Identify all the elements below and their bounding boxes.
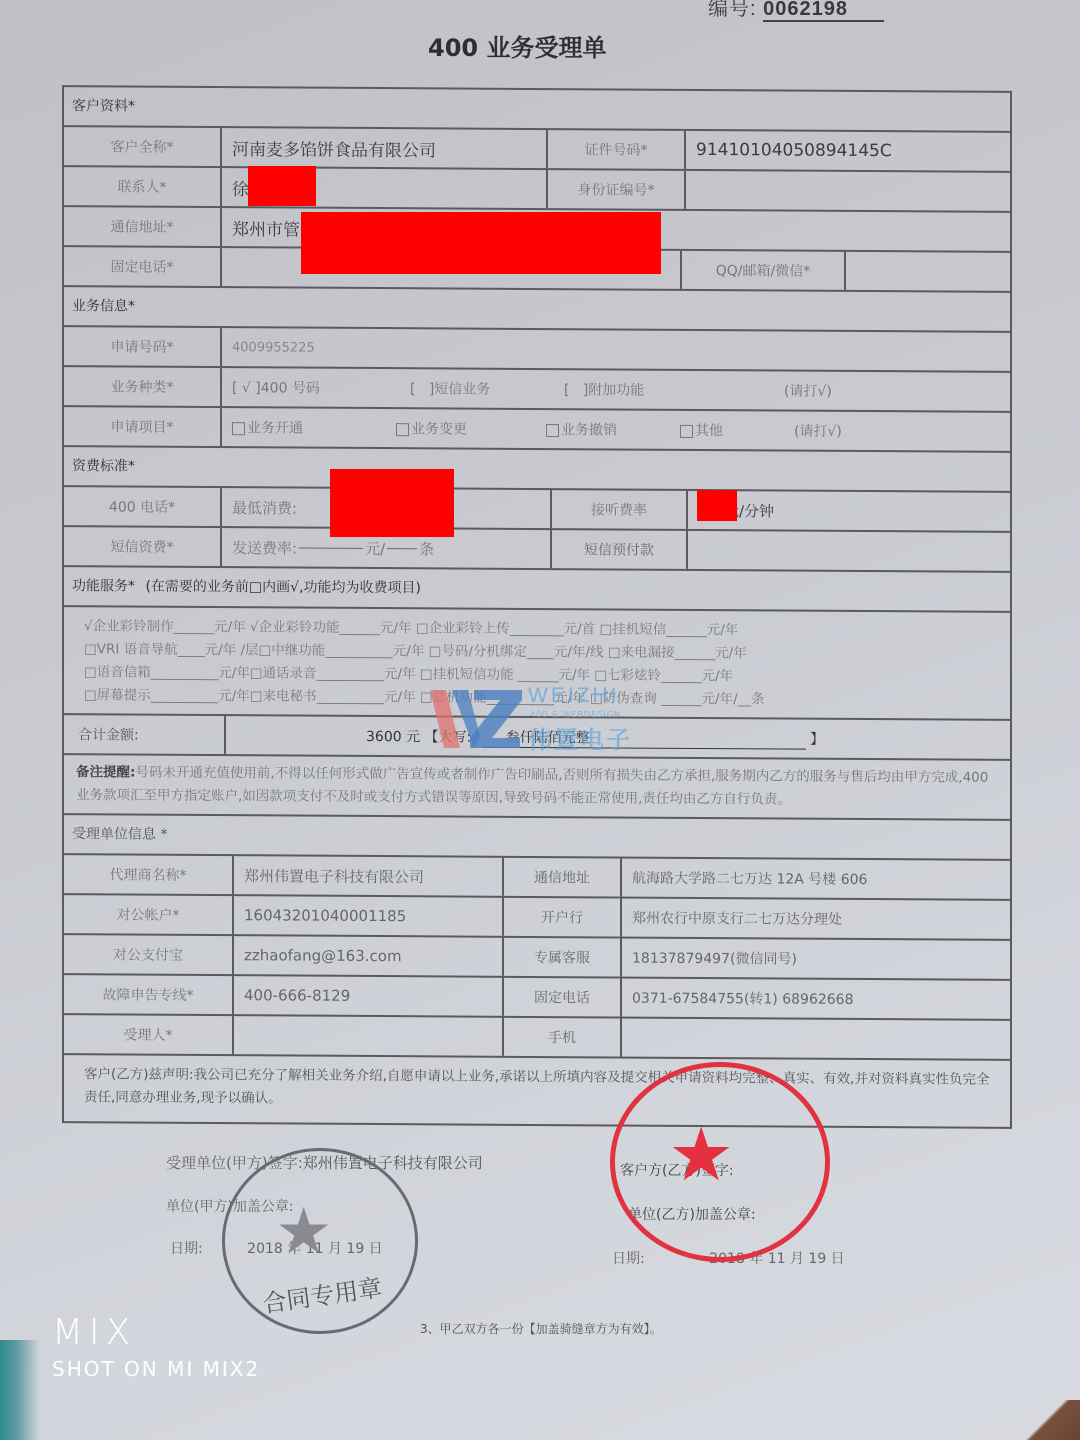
- agent-value[interactable]: [234, 1016, 504, 1056]
- background-edge: [1020, 1400, 1080, 1440]
- field-label: 固定电话: [504, 978, 622, 1017]
- checkbox-addon[interactable]: [ ]附加功能: [564, 379, 784, 400]
- apply-item-options: 业务开通 业务变更 业务撤销 其他 (请打√): [222, 408, 1010, 451]
- table-row: 申请项目* 业务开通 业务变更 业务撤销 其他 (请打√): [64, 407, 1010, 453]
- agent-value[interactable]: zzhaofang@163.com: [234, 936, 504, 976]
- checkbox-icon: [232, 422, 245, 435]
- field-label: 开户行: [504, 898, 622, 937]
- checkbox-icon: [396, 423, 409, 436]
- checkbox-400-number[interactable]: [ √ ]400 号码: [232, 377, 410, 398]
- serial-value: 0062198: [763, 0, 884, 22]
- table-row: 短信资费* 发送费率: 元/ 条 短信预付款: [64, 527, 1010, 573]
- checkbox-cancel[interactable]: 业务撤销: [546, 419, 680, 440]
- agent-value[interactable]: 航海路大学路二七万达 12A 号楼 606: [622, 859, 1010, 899]
- weizhi-logo-icon: [430, 686, 522, 752]
- cert-number-field[interactable]: 91410104050894145C: [686, 131, 1010, 171]
- check-icon: √: [242, 380, 251, 396]
- business-type-options: [ √ ]400 号码 [ ]短信业务 [ ]附加功能 (请打√): [222, 368, 1010, 411]
- table-row: 受理人*手机: [64, 1015, 1010, 1061]
- serial-number: 编号: 0062198: [708, 0, 884, 21]
- field-label: 代理商名称*: [64, 855, 234, 894]
- redaction-box: [301, 212, 661, 274]
- checkbox-icon: [680, 424, 693, 437]
- table-row: 申请号码* 4009955225: [64, 327, 1010, 373]
- field-label: 固定电话*: [64, 247, 222, 286]
- section-customer: 客户资料*: [64, 87, 1010, 133]
- field-label: 专属客服: [504, 938, 622, 977]
- field-label: 申请号码*: [64, 327, 222, 366]
- checkbox-change[interactable]: 业务变更: [396, 418, 546, 439]
- field-label: 通信地址*: [64, 207, 222, 246]
- agent-value[interactable]: 400-666-8129: [234, 976, 504, 1016]
- table-row: 联系人* 徐 身份证编号*: [64, 167, 1010, 213]
- note-text: 号码未开通充值使用前,不得以任何形式做广告宣传或者制作广告印刷品,否则所有损失由…: [76, 765, 988, 808]
- field-label: 故障申告专线*: [64, 975, 234, 1014]
- section-functions: 功能服务* (在需要的业务前□内画√,功能均为收费项目): [64, 567, 1010, 613]
- star-icon: ★: [275, 1200, 332, 1264]
- im-field[interactable]: [846, 252, 1010, 291]
- field-label: 证件号码*: [548, 130, 686, 169]
- agent-value[interactable]: 16043201040001185: [234, 896, 504, 936]
- field-label: 短信资费*: [64, 527, 222, 566]
- apply-number-field[interactable]: 4009955225: [222, 328, 1010, 371]
- section-business: 业务信息*: [64, 287, 1010, 333]
- sms-prepaid-field[interactable]: [688, 531, 1010, 571]
- agent-value[interactable]: [622, 1019, 1010, 1059]
- field-label: 受理人*: [64, 1015, 234, 1054]
- field-label: 客户全称*: [64, 127, 222, 166]
- redaction-box: [330, 469, 454, 537]
- field-label: 申请项目*: [64, 407, 222, 446]
- total-label: 合计金额:: [64, 715, 226, 754]
- redaction-box: [697, 490, 737, 521]
- note-label: 备注提醒:: [76, 764, 135, 780]
- field-label: 业务种类*: [64, 367, 222, 406]
- field-label: 身份证编号*: [548, 170, 686, 209]
- checkbox-icon: [546, 424, 559, 437]
- checkbox-open[interactable]: 业务开通: [232, 417, 396, 438]
- field-label: 手机: [504, 1018, 622, 1057]
- customer-name-field[interactable]: 河南麦多馅饼食品有限公司: [222, 128, 548, 168]
- field-label: 400 电话*: [64, 487, 222, 526]
- serial-label: 编号:: [708, 0, 757, 20]
- section-fees: 资费标准*: [64, 447, 1010, 493]
- camera-watermark: MIX SHOT ON MI MIX2: [52, 1312, 260, 1381]
- table-row: 故障申告专线*400-666-8129固定电话0371-67584755(转1)…: [64, 975, 1010, 1021]
- agent-value[interactable]: 郑州伟置电子科技有限公司: [234, 856, 504, 896]
- note-box: 备注提醒:号码未开通充值使用前,不得以任何形式做广告宣传或者制作广告印刷品,否则…: [64, 755, 1010, 821]
- table-row: 客户全称* 河南麦多馅饼食品有限公司 证件号码* 914101040508941…: [64, 127, 1010, 173]
- redaction-box: [248, 166, 316, 206]
- section-agent: 受理单位信息 *: [64, 815, 1010, 861]
- table-row: 代理商名称*郑州伟置电子科技有限公司通信地址航海路大学路二七万达 12A 号楼 …: [64, 855, 1010, 901]
- hint-text: (请打√): [784, 381, 832, 401]
- table-row: 对公支付宝zzhaofang@163.com专属客服18137879497(微信…: [64, 935, 1010, 981]
- watermark-sub: 400 & WEBDESIGN: [530, 710, 621, 719]
- background-edge: [0, 1340, 40, 1440]
- watermark-cn: 伟置电子: [528, 720, 632, 755]
- field-label: 接听费率: [552, 490, 688, 529]
- agent-value[interactable]: 郑州农行中原支行二七万达分理处: [622, 899, 1010, 939]
- field-label: 对公支付宝: [64, 935, 234, 974]
- hint-text: (请打√): [794, 421, 842, 441]
- table-row: 400 电话* 最低消费: 接听费率 元/分钟: [64, 487, 1010, 533]
- declaration: 客户(乙方)兹声明:我公司已充分了解相关业务介绍,自愿申请以上业务,承诺以上所填…: [64, 1055, 1010, 1129]
- watermark-brand: WEIZHI: [528, 684, 620, 708]
- table-row: 业务种类* [ √ ]400 号码 [ ]短信业务 [ ]附加功能 (请打√): [64, 367, 1010, 413]
- document-title: 400 业务受理单: [428, 28, 606, 63]
- id-number-field[interactable]: [686, 171, 1010, 211]
- field-label: 通信地址: [504, 858, 622, 897]
- agent-value[interactable]: 18137879497(微信同号): [622, 939, 1010, 979]
- table-row: 对公帐户*16043201040001185开户行郑州农行中原支行二七万达分理处: [64, 895, 1010, 941]
- field-label: 联系人*: [64, 167, 222, 206]
- field-label: 短信预付款: [552, 530, 688, 569]
- field-label: 对公帐户*: [64, 895, 234, 934]
- star-icon: ★: [668, 1118, 734, 1192]
- checkbox-sms[interactable]: [ ]短信业务: [410, 378, 564, 399]
- checkbox-other[interactable]: 其他: [680, 420, 794, 441]
- agent-value[interactable]: 0371-67584755(转1) 68962668: [622, 979, 1010, 1019]
- field-label: QQ/邮箱/微信*: [682, 251, 846, 290]
- total-amount: 3600 元 【大写: 叁仟陆佰元整 】: [226, 725, 824, 750]
- agent-table: 代理商名称*郑州伟置电子科技有限公司通信地址航海路大学路二七万达 12A 号楼 …: [64, 855, 1010, 1061]
- footnote: 3、甲乙双方各一份【加盖骑缝章方为有效】。: [420, 1320, 662, 1337]
